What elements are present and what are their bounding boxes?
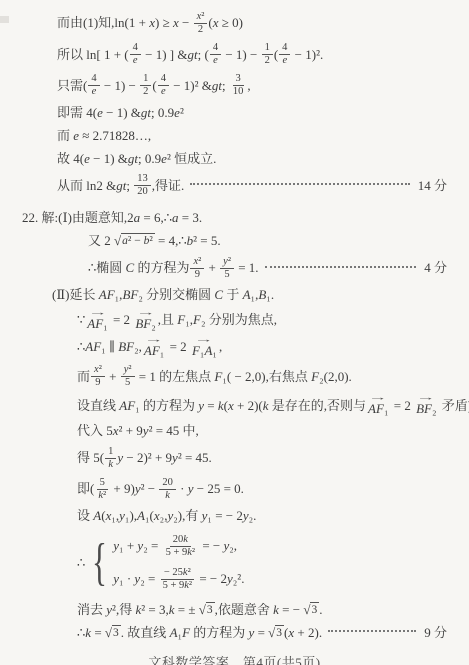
vector-body: AF₁ bbox=[87, 317, 107, 331]
math-run: 5( bbox=[93, 450, 104, 466]
math-run: y₁ = − 2y₂. bbox=[202, 508, 257, 524]
math-run: = 1 bbox=[136, 369, 156, 385]
fraction: x²9 bbox=[91, 364, 105, 389]
math-run: A(x₁,y₁),A₁(x₂,y₂) bbox=[93, 508, 182, 524]
vector-body: BF₂ bbox=[135, 317, 155, 331]
fraction-denominator: k bbox=[105, 459, 116, 471]
math-run: ln(1 + x) ≥ x − bbox=[114, 15, 192, 31]
math-line: 从而 ln2 &gt; 1320,得证.14 分 bbox=[0, 171, 469, 200]
math-run: C bbox=[126, 260, 135, 276]
fraction: 4e bbox=[210, 42, 221, 67]
math-run: k = bbox=[85, 625, 105, 641]
text-run: 所以 bbox=[57, 47, 86, 63]
score-label: 9 分 bbox=[424, 625, 447, 641]
text-run: 故 bbox=[57, 151, 73, 167]
math-run: y = k(x + 2)(k bbox=[198, 398, 268, 414]
scan-artifact bbox=[0, 16, 9, 23]
text-run: ∵ bbox=[77, 312, 85, 328]
fraction-numerator: 13 bbox=[134, 173, 151, 186]
math-line: 所以 ln[ 1 + (4e − 1) ] &gt; (4e − 1) − 12… bbox=[0, 40, 469, 69]
math-run: y₁ + y₂ = bbox=[113, 538, 161, 554]
math-line: 消去 y²,得 k² = 3,k = ± √3,依题意舍 k = − √3. bbox=[0, 599, 469, 620]
text-run: ,有 bbox=[182, 508, 202, 524]
math-line: 而由(1)知,ln(1 + x) ≥ x − x²2(x ≥ 0) bbox=[0, 9, 469, 38]
math-line: 22. 解:(Ⅰ)由题意知,2a = 6,∴a = 3. bbox=[0, 208, 469, 229]
radicand: 3 bbox=[112, 625, 121, 641]
text-run: 分别为焦点, bbox=[206, 312, 278, 328]
math-run: ( bbox=[274, 47, 278, 63]
fraction-denominator: 9 bbox=[92, 377, 103, 389]
text-run: 中, bbox=[179, 423, 199, 439]
math-run: F₁( − 2,0) bbox=[214, 369, 265, 385]
math-line: 又 2 √a² − b² = 4,∴b² = 5. bbox=[0, 231, 469, 252]
text-run: ∴ bbox=[77, 625, 85, 641]
vector: →AF₁ bbox=[368, 395, 388, 416]
text-run: 的方程为 bbox=[190, 625, 249, 641]
text-run: 恒成立. bbox=[171, 151, 217, 167]
vector-body: BF₂ bbox=[416, 402, 436, 416]
math-run: 4(e − 1) &gt; 0.9e² bbox=[86, 105, 184, 121]
math-run: y = bbox=[249, 625, 269, 641]
text-run: 设直线 bbox=[77, 398, 119, 414]
math-run: y − 2)² + 9y² = 45. bbox=[117, 450, 211, 466]
fraction-numerator: 4 bbox=[279, 42, 290, 55]
radical: √a² − b² bbox=[114, 233, 155, 249]
text-run: 是存在的,否则与 bbox=[269, 398, 367, 414]
radicand: 3 bbox=[275, 625, 284, 641]
fraction-denominator: 9 bbox=[192, 269, 203, 281]
radical: √3 bbox=[105, 625, 121, 641]
fraction: 12 bbox=[140, 73, 151, 98]
radical-sign-icon: √ bbox=[199, 602, 206, 618]
math-run: + bbox=[106, 369, 120, 385]
math-run: = 1. bbox=[235, 260, 259, 276]
fraction-numerator: 4 bbox=[88, 73, 99, 86]
math-line: 设 A(x₁,y₁),A₁(x₂,y₂),有 y₁ = − 2y₂. bbox=[0, 506, 469, 527]
score-label: 4 分 bbox=[424, 260, 447, 276]
fraction: 310 bbox=[230, 73, 247, 98]
equation-system: y₁ + y₂ = 20k5 + 9k² = − y₂,y₁ · y₂ = − … bbox=[113, 531, 244, 595]
text-run: 矛盾). bbox=[439, 398, 469, 414]
vector: →F₁A₁ bbox=[192, 337, 217, 358]
dotted-leader bbox=[190, 182, 409, 185]
math-line: (Ⅱ)延长 AF₁,BF₂ 分别交椭圆 C 于 A₁,B₁. bbox=[0, 285, 469, 306]
dotted-leader bbox=[265, 265, 417, 268]
math-run: − 1) − bbox=[101, 78, 140, 94]
fraction-numerator: y² bbox=[220, 256, 234, 269]
vector-arrow-icon: → bbox=[195, 337, 214, 344]
text-run: 的方程为 bbox=[134, 260, 189, 276]
math-line: ∴k = √3. 故直线 A₁F 的方程为 y = √3(x + 2).9 分 bbox=[0, 622, 469, 643]
therefore-symbol: ∴ bbox=[77, 555, 85, 571]
fraction-denominator: 5 + 9k² bbox=[160, 580, 196, 592]
fraction: 12 bbox=[262, 42, 273, 67]
text-run: . 故直线 bbox=[121, 625, 170, 641]
text-run: , bbox=[219, 339, 222, 355]
vector-arrow-icon: → bbox=[417, 395, 436, 402]
system-equation: y₁ + y₂ = 20k5 + 9k² = − y₂, bbox=[113, 534, 244, 559]
math-line: 即(5k² + 9)y² − 20k · y − 25 = 0. bbox=[0, 475, 469, 504]
answer-sheet-body: 而由(1)知,ln(1 + x) ≥ x − x²2(x ≥ 0)所以 ln[ … bbox=[0, 0, 469, 643]
text-run: 只需 bbox=[57, 78, 83, 94]
math-run: = 2 bbox=[390, 398, 414, 414]
math-run: + 9)y² − bbox=[110, 481, 158, 497]
text-run: 即( bbox=[77, 481, 94, 497]
text-run: ,且 bbox=[158, 312, 178, 328]
fraction-denominator: 20 bbox=[134, 186, 151, 198]
math-run: − 1) ] &gt; ( bbox=[142, 47, 209, 63]
math-run: = 2 bbox=[110, 312, 134, 328]
math-run: ( bbox=[83, 78, 87, 94]
fraction-denominator: 10 bbox=[230, 86, 247, 98]
math-run: y² bbox=[106, 602, 116, 618]
math-run: ln2 &gt; bbox=[86, 178, 133, 194]
math-run: , bbox=[247, 78, 250, 94]
fraction-numerator: 20 bbox=[159, 477, 176, 490]
math-run: = − y₂, bbox=[199, 538, 237, 554]
text-run: 而 bbox=[77, 369, 90, 385]
radical-sign-icon: √ bbox=[268, 625, 275, 641]
fraction: 20k5 + 9k² bbox=[163, 534, 199, 559]
fraction-numerator: x² bbox=[91, 364, 105, 377]
dotted-leader bbox=[328, 629, 416, 632]
fraction-denominator: k² bbox=[95, 490, 109, 502]
math-run: = 2 bbox=[166, 339, 190, 355]
math-run: 2a = 6,∴a = 3. bbox=[127, 210, 202, 226]
text-run: ,得证. bbox=[152, 178, 185, 194]
math-run: k² = 3,k = ± bbox=[135, 602, 198, 618]
math-line: 设直线 AF₁ 的方程为 y = k(x + 2)(k 是存在的,否则与→AF₁… bbox=[0, 393, 469, 418]
math-run: AF₁,BF₂ bbox=[99, 287, 143, 303]
vector-arrow-icon: → bbox=[136, 310, 155, 317]
radical-sign-icon: √ bbox=[303, 602, 310, 618]
text-run: 又 bbox=[88, 233, 104, 249]
fraction-numerator: 3 bbox=[233, 73, 244, 86]
math-run: = 4,∴b² = 5. bbox=[155, 233, 221, 249]
radical-sign-icon: √ bbox=[114, 233, 121, 249]
math-line: ∴椭圆 C 的方程为x²9 + y²5 = 1.4 分 bbox=[0, 254, 469, 283]
text-run: 从而 bbox=[57, 178, 86, 194]
text-run: 即需 bbox=[57, 105, 86, 121]
math-run: − 1)². bbox=[291, 47, 323, 63]
text-run: 代入 bbox=[77, 423, 106, 439]
fraction-numerator: 5 bbox=[97, 477, 108, 490]
math-run: 2 bbox=[104, 233, 114, 249]
math-line: ∴AF₁ ∥ BF₂,→AF₁ = 2 →F₁A₁, bbox=[0, 335, 469, 360]
fraction-denominator: k bbox=[162, 490, 173, 502]
math-run: y₁ · y₂ = bbox=[113, 571, 158, 587]
math-line: 即需 4(e − 1) &gt; 0.9e² bbox=[0, 102, 469, 123]
vector-body: F₁A₁ bbox=[192, 344, 217, 358]
vector: →AF₁ bbox=[87, 310, 107, 331]
math-run: ln[ 1 + ( bbox=[86, 47, 128, 63]
math-run: F₂(2,0). bbox=[311, 369, 352, 385]
fraction: 4e bbox=[158, 73, 169, 98]
math-run: ( bbox=[152, 78, 156, 94]
math-run: = − 2y₂². bbox=[196, 571, 244, 587]
math-run: + bbox=[205, 260, 219, 276]
math-run: 4(e − 1) &gt; 0.9e² bbox=[73, 151, 171, 167]
text-run: (Ⅱ)延长 bbox=[52, 287, 99, 303]
fraction: 4e bbox=[130, 42, 141, 67]
math-line: 而 e ≈ 2.71828…, bbox=[0, 125, 469, 146]
text-run: 分别交椭圆 bbox=[143, 287, 215, 303]
fraction-numerator: y² bbox=[121, 364, 135, 377]
vector-arrow-icon: → bbox=[145, 337, 164, 344]
math-run: F₁,F₂ bbox=[177, 312, 205, 328]
brace-icon: { bbox=[92, 542, 107, 584]
math-line: 只需(4e − 1) − 12(4e − 1)² &gt; 310, bbox=[0, 71, 469, 100]
math-run: (x + 2). bbox=[284, 625, 322, 641]
text-run: 得 bbox=[77, 450, 93, 466]
math-run: . bbox=[319, 602, 322, 618]
text-run: ,依题意舍 bbox=[215, 602, 274, 618]
radical: √3 bbox=[268, 625, 284, 641]
footer-text: 文科数学答案 第4页(共5页) bbox=[148, 655, 320, 665]
radicand: 3 bbox=[310, 602, 319, 618]
radical-sign-icon: √ bbox=[105, 625, 112, 641]
vector-arrow-icon: → bbox=[369, 395, 388, 402]
system-equation: y₁ · y₂ = − 25k²5 + 9k² = − 2y₂². bbox=[113, 567, 244, 592]
math-run: · y − 25 = 0. bbox=[177, 481, 244, 497]
radical: √3 bbox=[303, 602, 319, 618]
fraction-numerator: 4 bbox=[158, 73, 169, 86]
math-run: − 1) − bbox=[222, 47, 261, 63]
fraction-numerator: 1 bbox=[140, 73, 151, 86]
page-footer: 文科数学答案 第4页(共5页) bbox=[0, 652, 469, 665]
fraction: 1320 bbox=[134, 173, 151, 198]
math-run: k = − bbox=[273, 602, 303, 618]
fraction: 20k bbox=[159, 477, 176, 502]
radicand: a² − b² bbox=[121, 233, 155, 249]
fraction: − 25k²5 + 9k² bbox=[160, 567, 196, 592]
scanned-answer-page: { "page": { "footer": "文科数学答案 第4页(共5页)" … bbox=[0, 0, 469, 665]
math-line: 而x²9 + y²5 = 1 的左焦点 F₁( − 2,0),右焦点 F₂(2,… bbox=[0, 362, 469, 391]
math-line: ∵→AF₁ = 2 →BF₂,且 F₁,F₂ 分别为焦点, bbox=[0, 308, 469, 333]
fraction-denominator: e bbox=[158, 86, 169, 98]
math-run: 5x² + 9y² = 45 bbox=[106, 423, 179, 439]
text-run: 而由(1)知, bbox=[57, 15, 114, 31]
math-line: 代入 5x² + 9y² = 45 中, bbox=[0, 421, 469, 442]
math-run: C bbox=[214, 287, 223, 303]
math-line: ∴{y₁ + y₂ = 20k5 + 9k² = − y₂,y₁ · y₂ = … bbox=[0, 529, 469, 597]
fraction-denominator: e bbox=[130, 55, 141, 67]
vector-body: AF₁ bbox=[368, 402, 388, 416]
fraction: x²2 bbox=[194, 11, 208, 36]
math-run: AF₁ bbox=[119, 398, 139, 414]
fraction-numerator: 20k bbox=[170, 534, 191, 547]
radicand: 3 bbox=[206, 602, 215, 618]
text-run: ,右焦点 bbox=[266, 369, 312, 385]
fraction-numerator: 4 bbox=[130, 42, 141, 55]
math-run: A₁,B₁. bbox=[243, 287, 275, 303]
fraction-numerator: x² bbox=[194, 11, 208, 24]
math-run: (x ≥ 0) bbox=[208, 15, 243, 31]
text-run: 的方程为 bbox=[140, 398, 199, 414]
text-run: ,得 bbox=[116, 602, 136, 618]
text-run: 于 bbox=[223, 287, 243, 303]
vector-body: AF₁ bbox=[144, 344, 164, 358]
text-run: 的左焦点 bbox=[156, 369, 215, 385]
math-line: 得 5(1ky − 2)² + 9y² = 45. bbox=[0, 444, 469, 473]
fraction-denominator: e bbox=[210, 55, 221, 67]
fraction-denominator: 2 bbox=[140, 86, 151, 98]
fraction: 4e bbox=[279, 42, 290, 67]
fraction-numerator: 1 bbox=[262, 42, 273, 55]
math-run: A₁F bbox=[170, 625, 190, 641]
text-run: 设 bbox=[77, 508, 93, 524]
text-run: 消去 bbox=[77, 602, 106, 618]
text-run: 22. 解:(Ⅰ)由题意知, bbox=[22, 210, 127, 226]
text-run: ∴椭圆 bbox=[88, 260, 126, 276]
fraction: 5k² bbox=[95, 477, 109, 502]
fraction-denominator: e bbox=[89, 86, 100, 98]
fraction-denominator: 2 bbox=[195, 24, 206, 36]
vector: →BF₂ bbox=[416, 395, 436, 416]
fraction: y²5 bbox=[121, 364, 135, 389]
score-label: 14 分 bbox=[418, 178, 447, 194]
fraction-denominator: 5 bbox=[221, 269, 232, 281]
vector: →AF₁ bbox=[144, 337, 164, 358]
fraction-numerator: 4 bbox=[210, 42, 221, 55]
fraction-denominator: e bbox=[279, 55, 290, 67]
math-run: − 1)² &gt; bbox=[170, 78, 229, 94]
vector-arrow-icon: → bbox=[88, 310, 107, 317]
fraction: 1k bbox=[105, 446, 116, 471]
text-run: 而 bbox=[57, 128, 73, 144]
vector: →BF₂ bbox=[135, 310, 155, 331]
fraction: 4e bbox=[88, 73, 99, 98]
fraction-denominator: 5 bbox=[122, 377, 133, 389]
fraction: y²5 bbox=[220, 256, 234, 281]
fraction-numerator: − 25k² bbox=[161, 567, 194, 580]
math-run: AF₁ ∥ BF₂, bbox=[85, 339, 142, 355]
fraction-numerator: x² bbox=[190, 256, 204, 269]
fraction-numerator: 1 bbox=[105, 446, 116, 459]
fraction-denominator: 2 bbox=[262, 55, 273, 67]
math-run: e ≈ 2.71828…, bbox=[73, 128, 151, 144]
fraction-denominator: 5 + 9k² bbox=[163, 547, 199, 559]
fraction: x²9 bbox=[190, 256, 204, 281]
math-line: 故 4(e − 1) &gt; 0.9e² 恒成立. bbox=[0, 148, 469, 169]
radical: √3 bbox=[199, 602, 215, 618]
